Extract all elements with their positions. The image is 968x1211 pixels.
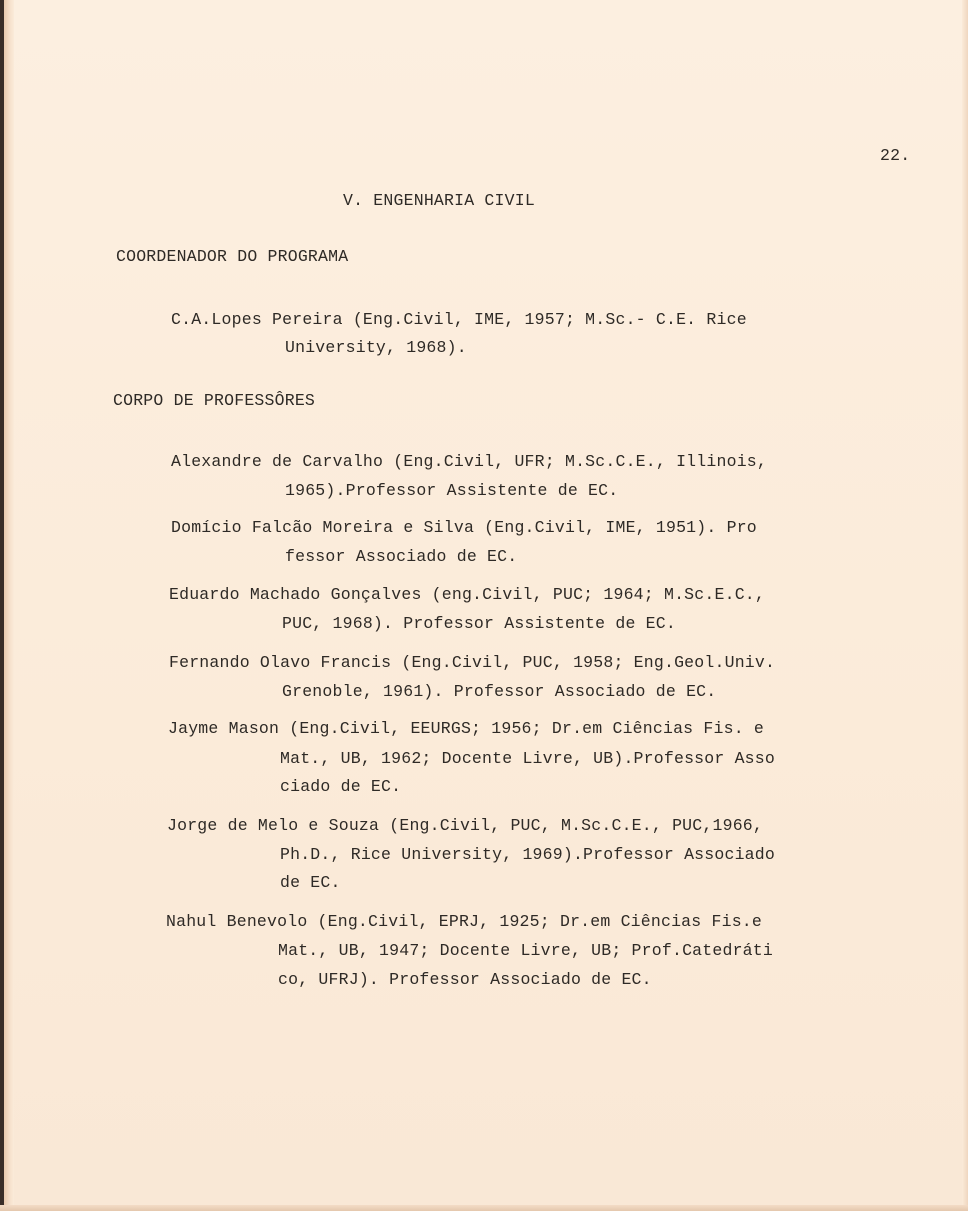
entry-line: 1965).Professor Assistente de EC. xyxy=(285,481,618,501)
entry-line: co, UFRJ). Professor Associado de EC. xyxy=(278,970,652,990)
entry-line: Jorge de Melo e Souza (Eng.Civil, PUC, M… xyxy=(167,816,763,836)
page-number: 22. xyxy=(880,146,910,166)
coordinator-heading: COORDENADOR DO PROGRAMA xyxy=(116,247,348,267)
entry-line: Eduardo Machado Gonçalves (eng.Civil, PU… xyxy=(169,585,765,605)
entry-line: PUC, 1968). Professor Assistente de EC. xyxy=(282,614,676,634)
section-title: V. ENGENHARIA CIVIL xyxy=(343,191,535,211)
paper-edge-bottom xyxy=(0,1205,968,1211)
entry-line: C.A.Lopes Pereira (Eng.Civil, IME, 1957;… xyxy=(171,310,747,330)
document-page: 22. V. ENGENHARIA CIVIL COORDENADOR DO P… xyxy=(0,0,968,1211)
entry-line: University, 1968). xyxy=(285,338,467,358)
faculty-heading: CORPO DE PROFESSÔRES xyxy=(113,391,315,411)
entry-line: Domício Falcão Moreira e Silva (Eng.Civi… xyxy=(171,518,757,538)
paper-edge-left xyxy=(4,0,14,1211)
entry-line: Fernando Olavo Francis (Eng.Civil, PUC, … xyxy=(169,653,775,673)
entry-line: Nahul Benevolo (Eng.Civil, EPRJ, 1925; D… xyxy=(166,912,762,932)
entry-line: Ph.D., Rice University, 1969).Professor … xyxy=(280,845,775,865)
entry-line: ciado de EC. xyxy=(280,777,401,797)
entry-line: Alexandre de Carvalho (Eng.Civil, UFR; M… xyxy=(171,452,767,472)
entry-line: Mat., UB, 1962; Docente Livre, UB).Profe… xyxy=(280,749,775,769)
paper-edge-right xyxy=(962,0,968,1211)
entry-line: de EC. xyxy=(280,873,341,893)
entry-line: Mat., UB, 1947; Docente Livre, UB; Prof.… xyxy=(278,941,773,961)
entry-line: fessor Associado de EC. xyxy=(285,547,517,567)
entry-line: Grenoble, 1961). Professor Associado de … xyxy=(282,682,716,702)
entry-line: Jayme Mason (Eng.Civil, EEURGS; 1956; Dr… xyxy=(168,719,764,739)
